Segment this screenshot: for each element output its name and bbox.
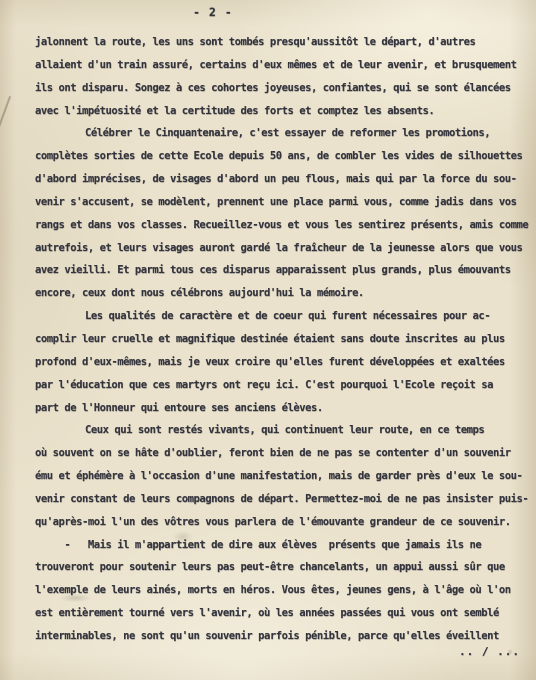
text-line: avez vieilli. Et parmi tous ces disparus… [35,259,533,282]
text-line: l'exemple de leurs ainés, morts en héros… [35,579,533,602]
text-line: par l'éducation que ces martyrs ont reçu… [35,374,533,397]
text-line: Ceux qui sont restés vivants, qui contin… [35,419,533,442]
crease-mark [0,96,11,130]
text-line: Célébrer le Cinquantenaire, c'est essaye… [35,122,533,145]
text-line: encore, ceux dont nous célébrons aujourd… [35,282,533,305]
text-line: rangs et dans vos classes. Recueillez-vo… [35,214,533,237]
text-line: ils ont disparu. Songez à ces cohortes j… [35,77,533,100]
ink-smudge [168,528,198,546]
text-line: jalonnent la route, les uns sont tombés … [35,31,533,54]
text-line: avec l'impétuosité et la certitude des f… [35,100,533,123]
text-line: d'abord imprécises, de visages d'abord u… [35,168,533,191]
text-line: autrefois, et leurs visages auront gardé… [35,237,533,260]
text-line: trouveront pour soutenir leurs pas peut-… [35,556,533,579]
text-line: - Mais il m'appartient de dire aux élève… [35,534,533,557]
typewritten-page: - 2 - jalonnent la route, les uns sont t… [0,0,536,680]
text-line: venir constant de leurs compagnons de dé… [35,488,533,511]
text-line: ému et éphémère à l'occasion d'une manif… [35,465,533,488]
ink-smudge [506,648,514,656]
text-line: complètes sorties de cette Ecole depuis … [35,145,533,168]
page-number: - 2 - [193,5,233,19]
text-line: allaient d'un train assuré, certains d'e… [35,54,533,77]
text-line: qu'après-moi l'un des vôtres vous parler… [35,511,533,534]
text-line: où souvent on se hâte d'oublier, feront … [35,442,533,465]
text-line: profond d'eux-mêmes, mais je veux croire… [35,351,533,374]
text-line: part de l'Honneur qui entoure ses ancien… [35,397,533,420]
document-body: jalonnent la route, les uns sont tombés … [35,31,533,648]
text-line: venir s'accusent, se modèlent, prennent … [35,191,533,214]
text-line: est entièrement tourné vers l'avenir, où… [35,602,533,625]
text-line: complir leur cruelle et magnifique desti… [35,328,533,351]
ink-smudge [52,592,98,604]
text-line: Les qualités de caractère et de coeur qu… [35,305,533,328]
